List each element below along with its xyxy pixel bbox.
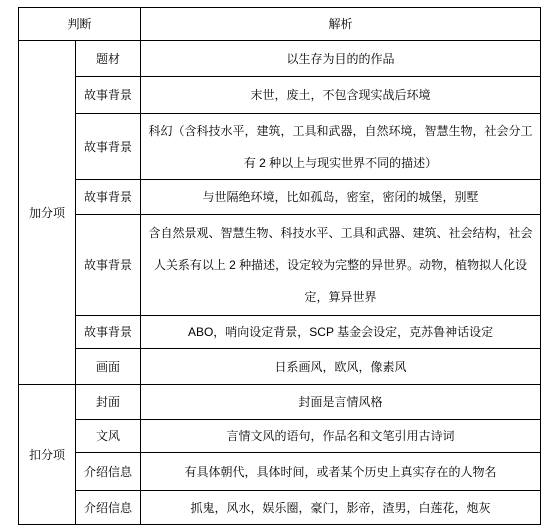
- analysis-cell: 抓鬼，风水，娱乐圈，豪门，影帝，渣男，白莲花，炮灰: [141, 491, 541, 525]
- category-cell: 文风: [76, 420, 141, 453]
- scoring-criteria-table: 判断 解析 加分项 题材 以生存为目的的作品 故事背景 末世，废土，不包含现实战…: [18, 7, 541, 525]
- header-judgment-cell: 判断: [19, 8, 141, 41]
- analysis-cell: 科幻（含科技水平，建筑，工具和武器，自然环境，智慧生物，社会分工有 2 种以上与…: [141, 114, 541, 180]
- table-row: 故事背景 末世，废土，不包含现实战后环境: [19, 77, 541, 114]
- category-cell: 题材: [76, 41, 141, 77]
- analysis-cell: 日系画风，欧风，像素风: [141, 349, 541, 385]
- group-label-bonus: 加分项: [19, 41, 76, 385]
- analysis-cell: 末世，废土，不包含现实战后环境: [141, 77, 541, 114]
- table-row: 介绍信息 有具体朝代，具体时间，或者某个历史上真实存在的人物名: [19, 453, 541, 491]
- analysis-cell: 与世隔绝环境，比如孤岛，密室，密闭的城堡，别墅: [141, 180, 541, 215]
- table-header-row: 判断 解析: [19, 8, 541, 41]
- category-cell: 故事背景: [76, 114, 141, 180]
- table-row: 文风 言情文风的语句，作品名和文笔引用古诗词: [19, 420, 541, 453]
- analysis-cell: 言情文风的语句，作品名和文笔引用古诗词: [141, 420, 541, 453]
- header-analysis-cell: 解析: [141, 8, 541, 41]
- table-row: 故事背景 含自然景观、智慧生物、科技水平、工具和武器、建筑、社会结构，社会人关系…: [19, 215, 541, 316]
- analysis-cell: 以生存为目的的作品: [141, 41, 541, 77]
- category-cell: 画面: [76, 349, 141, 385]
- analysis-cell: 含自然景观、智慧生物、科技水平、工具和武器、建筑、社会结构，社会人关系有以上 2…: [141, 215, 541, 316]
- table-row: 故事背景 科幻（含科技水平，建筑，工具和武器，自然环境，智慧生物，社会分工有 2…: [19, 114, 541, 180]
- document-page: 判断 解析 加分项 题材 以生存为目的的作品 故事背景 末世，废土，不包含现实战…: [0, 0, 551, 528]
- table-row: 加分项 题材 以生存为目的的作品: [19, 41, 541, 77]
- category-cell: 介绍信息: [76, 491, 141, 525]
- table-row: 扣分项 封面 封面是言情风格: [19, 385, 541, 420]
- category-cell: 故事背景: [76, 180, 141, 215]
- analysis-cell: 封面是言情风格: [141, 385, 541, 420]
- analysis-cell: ABO，哨向设定背景，SCP 基金会设定，克苏鲁神话设定: [141, 316, 541, 349]
- table-row: 故事背景 与世隔绝环境，比如孤岛，密室，密闭的城堡，别墅: [19, 180, 541, 215]
- table-row: 介绍信息 抓鬼，风水，娱乐圈，豪门，影帝，渣男，白莲花，炮灰: [19, 491, 541, 525]
- category-cell: 故事背景: [76, 215, 141, 316]
- category-cell: 故事背景: [76, 316, 141, 349]
- group-label-penalty: 扣分项: [19, 385, 76, 525]
- category-cell: 故事背景: [76, 77, 141, 114]
- table-row: 画面 日系画风，欧风，像素风: [19, 349, 541, 385]
- category-cell: 介绍信息: [76, 453, 141, 491]
- table-row: 故事背景 ABO，哨向设定背景，SCP 基金会设定，克苏鲁神话设定: [19, 316, 541, 349]
- category-cell: 封面: [76, 385, 141, 420]
- analysis-cell: 有具体朝代，具体时间，或者某个历史上真实存在的人物名: [141, 453, 541, 491]
